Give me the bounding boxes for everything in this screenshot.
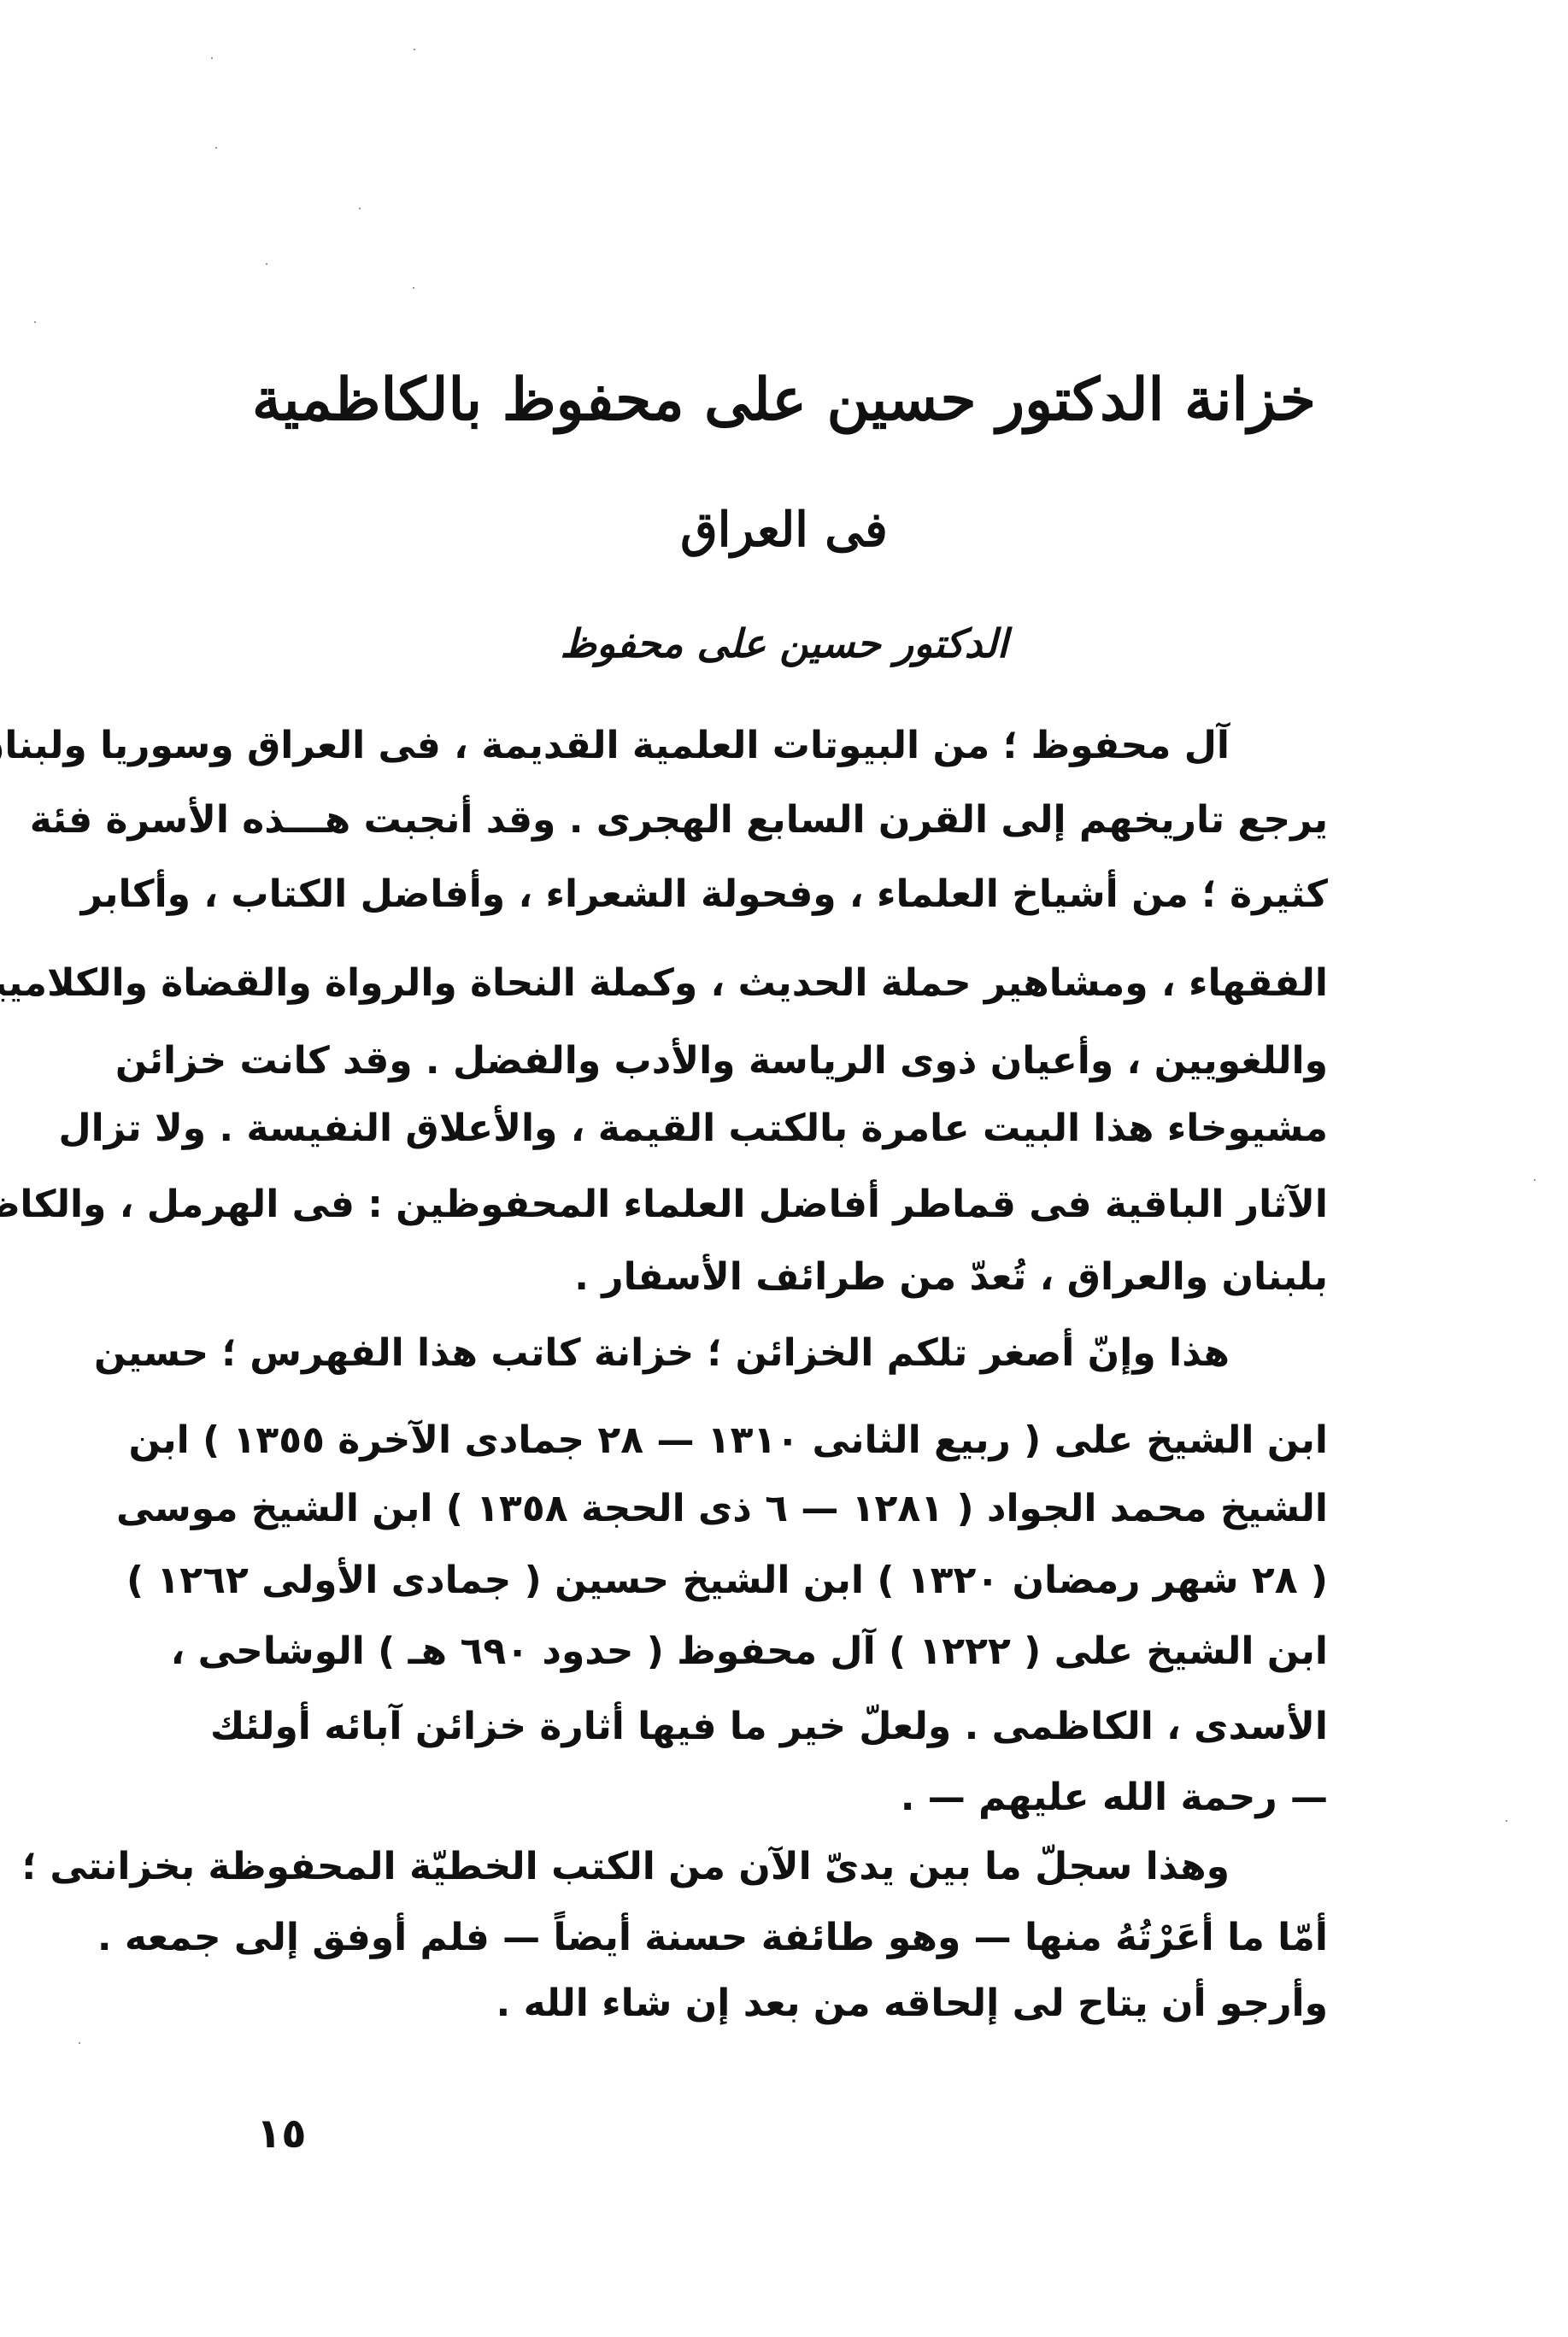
text-line: الشيخ محمد الجواد ( ١٢٨١ — ٦ ذى الحجة ١٣… [232, 1479, 1328, 1539]
text-line: الفقهاء ، ومشاهير حملة الحديث ، وكملة ال… [232, 954, 1328, 1013]
text-line: واللغويين ، وأعيان ذوى الرياسة والأدب وا… [232, 1031, 1328, 1091]
text-line: أمّا ما أعَرْتُهُ منها — وهو طائفة حسنة … [232, 1908, 1328, 1968]
text-line: كثيرة ؛ من أشياخ العلماء ، وفحولة الشعرا… [232, 865, 1328, 925]
text-line: هذا وإنّ أصغر تلكم الخزائن ؛ خزانة كاتب … [232, 1324, 1328, 1383]
text-line: بلبنان والعراق ، تُعدّ من طرائف الأسفار … [232, 1248, 1328, 1307]
scan-speck [211, 57, 213, 59]
text-line: وأرجو أن يتاح لى إلحاقه من بعد إن شاء ال… [232, 1974, 1328, 2034]
scan-speck [1222, 1453, 1224, 1454]
text-line: آل محفوظ ؛ من البيوتات العلمية القديمة ،… [232, 716, 1328, 776]
text-line: الآثار الباقية فى قماطر أفاضل العلماء ال… [232, 1175, 1328, 1235]
text-line: ( ٢٨ شهر رمضان ١٣٢٠ ) ابن الشيخ حسين ( ج… [232, 1551, 1328, 1611]
scan-speck [34, 321, 36, 323]
scan-speck [359, 208, 361, 209]
scanned-book-page: خزانة الدكتور حسين على محفوظ بالكاظمية ف… [0, 0, 1568, 2337]
text-line: مشيوخاء هذا البيت عامرة بالكتب القيمة ، … [232, 1099, 1328, 1159]
scan-speck [413, 287, 414, 289]
scan-speck [1534, 1179, 1536, 1181]
text-line: — رحمة الله عليهم — . [232, 1768, 1328, 1828]
page-title: خزانة الدكتور حسين على محفوظ بالكاظمية [0, 359, 1568, 441]
author-line: الدكتور حسين على محفوظ [0, 611, 1568, 676]
text-line: الأسدى ، الكاظمى . ولعلّ خير ما فيها أثا… [232, 1697, 1328, 1757]
scan-speck [79, 2042, 80, 2044]
page-subtitle: فى العراق [0, 496, 1568, 564]
text-line: ابن الشيخ على ( ربيع الثانى ١٣١٠ — ٢٨ جم… [232, 1411, 1328, 1471]
scan-speck [414, 49, 415, 50]
scan-speck [1506, 1820, 1507, 1822]
page-number: ١٥ [256, 2106, 307, 2161]
text-line: ابن الشيخ على ( ١٢٢٢ ) آل محفوظ ( حدود ٦… [232, 1622, 1328, 1682]
text-line: وهذا سجلّ ما بين يدىّ الآن من الكتب الخط… [232, 1837, 1328, 1897]
text-line: يرجع تاريخهم إلى القرن السابع الهجرى . و… [232, 790, 1328, 850]
scan-speck [215, 147, 217, 149]
scan-speck [266, 263, 267, 265]
